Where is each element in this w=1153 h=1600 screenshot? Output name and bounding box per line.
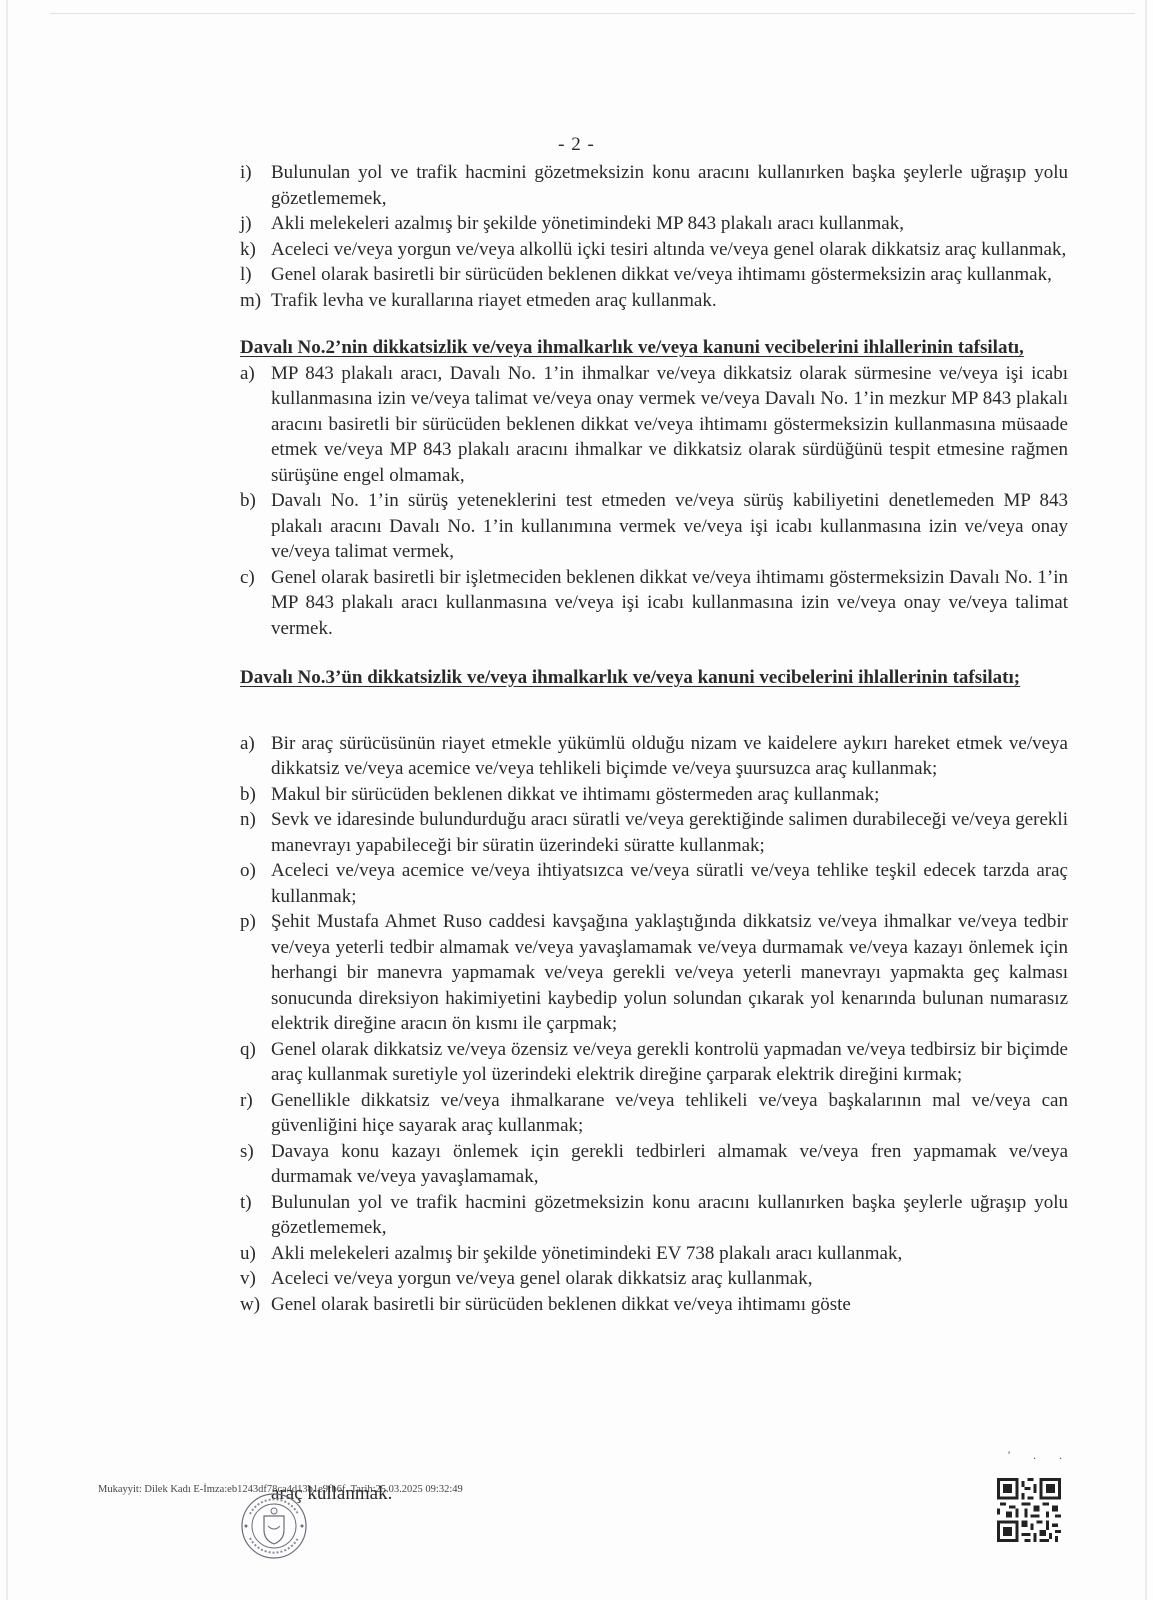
list-marker: m)	[240, 288, 261, 314]
page-edge-right	[1145, 0, 1147, 1600]
list-marker: a)	[240, 731, 255, 757]
list-item: n)Sevk ve idaresinde bulundurduğu aracı …	[240, 807, 1068, 858]
list-item-text: Genel olarak basiretli bir sürücüden bek…	[271, 1294, 851, 1315]
list-item: q)Genel olarak dikkatsiz ve/veya özensiz…	[240, 1037, 1068, 1088]
list-item-text: Bir araç sürücüsünün riayet etmekle yükü…	[271, 733, 1068, 780]
list-marker: p)	[240, 909, 256, 935]
list-item-text: Genellikle dikkatsiz ve/veya ihmalkarane…	[271, 1090, 1068, 1137]
list-item: b)Makul bir sürücüden beklenen dikkat ve…	[240, 782, 1068, 808]
list-item-text: Akli melekeleri azalmış bir şekilde yöne…	[271, 1243, 902, 1264]
list-marker: v)	[240, 1266, 256, 1292]
list-item-text: Bulunulan yol ve trafik hacmini gözetmek…	[271, 162, 1068, 209]
section-1-list: i)Bulunulan yol ve trafik hacmini gözetm…	[240, 160, 1068, 313]
section-3-list: a)Bir araç sürücüsünün riayet etmekle yü…	[240, 731, 1068, 1318]
list-marker: n)	[240, 807, 256, 833]
list-item-text: Akli melekeleri azalmış bir şekilde yöne…	[271, 213, 904, 234]
list-item-text: Davaya konu kazayı önlemek için gerekli …	[271, 1141, 1068, 1188]
list-item: o)Aceleci ve/veya acemice ve/veya ihtiya…	[240, 858, 1068, 909]
list-item-text: Bulunulan yol ve trafik hacmini gözetmek…	[271, 1192, 1068, 1239]
list-item: v)Aceleci ve/veya yorgun ve/veya genel o…	[240, 1266, 1068, 1292]
list-item-text: Sevk ve idaresinde bulundurduğu aracı sü…	[271, 809, 1068, 856]
list-marker: w)	[240, 1292, 260, 1318]
list-marker: q)	[240, 1037, 256, 1063]
list-item-text: Aceleci ve/veya acemice ve/veya ihtiyats…	[271, 860, 1068, 907]
top-rule	[50, 13, 1135, 14]
list-item-text: Davalı No. 1’in sürüş yeteneklerini test…	[271, 490, 1068, 562]
court-seal-icon	[240, 1492, 308, 1560]
list-item-text: MP 843 plakalı aracı, Davalı No. 1’in ih…	[271, 363, 1068, 486]
list-item: w)Genel olarak basiretli bir sürücüden b…	[240, 1292, 1068, 1318]
section-2-list: a)MP 843 plakalı aracı, Davalı No. 1’in …	[240, 361, 1068, 642]
list-item: u)Akli melekeleri azalmış bir şekilde yö…	[240, 1241, 1068, 1267]
list-item: r)Genellikle dikkatsiz ve/veya ihmalkara…	[240, 1088, 1068, 1139]
list-marker: u)	[240, 1241, 256, 1267]
list-item-text: Aceleci ve/veya yorgun ve/veya genel ola…	[271, 1268, 812, 1289]
list-marker: i)	[240, 160, 252, 186]
list-item: l)Genel olarak basiretli bir sürücüden b…	[240, 262, 1068, 288]
page-edge-left	[6, 0, 8, 1600]
list-marker: r)	[240, 1088, 253, 1114]
qr-code-icon	[997, 1478, 1061, 1542]
list-marker: a)	[240, 361, 255, 387]
list-marker: o)	[240, 858, 256, 884]
list-item: j)Akli melekeleri azalmış bir şekilde yö…	[240, 211, 1068, 237]
list-item-text: Genel olarak dikkatsiz ve/veya özensiz v…	[271, 1039, 1068, 1086]
list-marker: c)	[240, 565, 255, 591]
page-number: - 2 -	[0, 134, 1153, 156]
list-item: k)Aceleci ve/veya yorgun ve/veya alkollü…	[240, 237, 1068, 263]
section-2-heading: Davalı No.2’nin dikkatsizlik ve/veya ihm…	[240, 335, 1068, 361]
list-item-text: Şehit Mustafa Ahmet Ruso caddesi kavşağı…	[271, 911, 1068, 1034]
list-item-text: Aceleci ve/veya yorgun ve/veya alkollü i…	[271, 239, 1066, 260]
list-item: p)Şehit Mustafa Ahmet Ruso caddesi kavşa…	[240, 909, 1068, 1037]
list-marker: s)	[240, 1139, 254, 1165]
list-item: c)Genel olarak basiretli bir işletmecide…	[240, 565, 1068, 642]
list-item: i)Bulunulan yol ve trafik hacmini gözetm…	[240, 160, 1068, 211]
list-marker: b)	[240, 488, 256, 514]
list-marker: t)	[240, 1190, 252, 1216]
list-item: a)Bir araç sürücüsünün riayet etmekle yü…	[240, 731, 1068, 782]
list-marker: b)	[240, 782, 256, 808]
list-item: a)MP 843 plakalı aracı, Davalı No. 1’in …	[240, 361, 1068, 489]
list-marker: j)	[240, 211, 252, 237]
list-item-text: Trafik levha ve kurallarına riayet etmed…	[271, 290, 717, 311]
list-item: t)Bulunulan yol ve trafik hacmini gözetm…	[240, 1190, 1068, 1241]
list-marker: k)	[240, 237, 256, 263]
list-item: b)Davalı No. 1’in sürüş yeteneklerini te…	[240, 488, 1068, 565]
list-item-text: Genel olarak basiretli bir sürücüden bek…	[271, 264, 1052, 285]
document-body: i)Bulunulan yol ve trafik hacmini gözetm…	[240, 160, 1068, 1317]
trailing-marks: ' . .	[1008, 1448, 1072, 1463]
list-item-text: Makul bir sürücüden beklenen dikkat ve i…	[271, 784, 879, 805]
list-item: s)Davaya konu kazayı önlemek için gerekl…	[240, 1139, 1068, 1190]
list-item: m)Trafik levha ve kurallarına riayet etm…	[240, 288, 1068, 314]
list-marker: l)	[240, 262, 252, 288]
list-item-text: Genel olarak basiretli bir işletmeciden …	[271, 567, 1068, 639]
section-3-heading: Davalı No.3’ün dikkatsizlik ve/veya ihma…	[240, 665, 1068, 691]
